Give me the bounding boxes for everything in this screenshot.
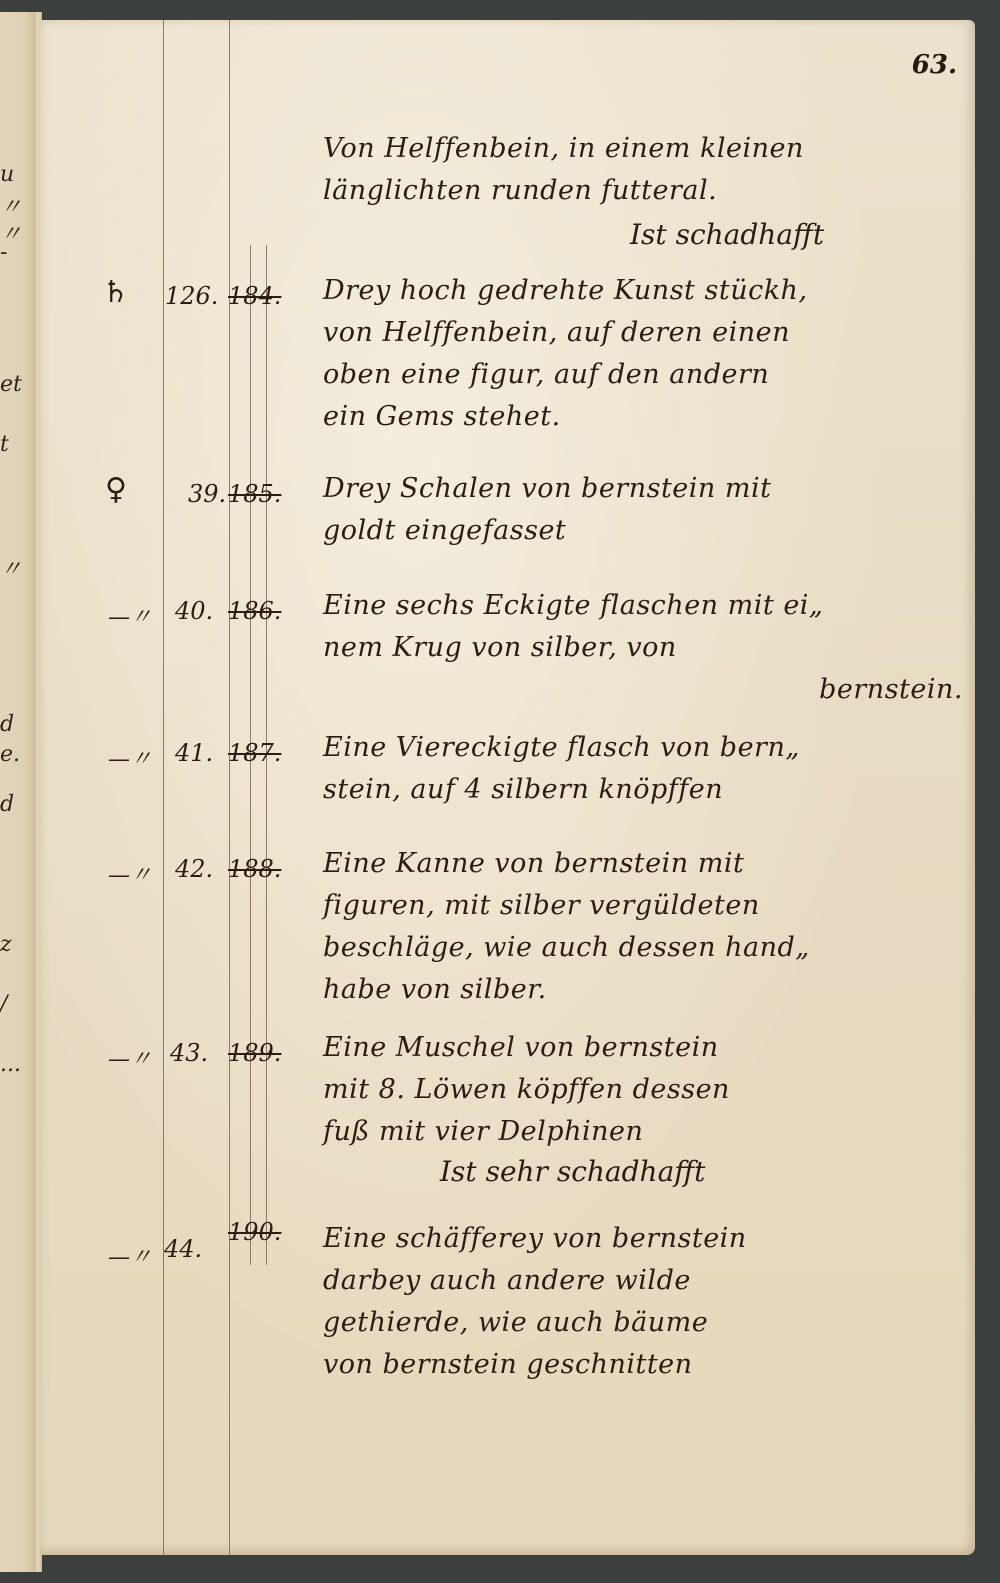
facing-page-fragment: u [0, 162, 36, 187]
entry-number: 41. [175, 739, 213, 767]
continuation-text: Von Helffenbein, in einem kleinen längli… [323, 128, 963, 212]
text-line: Drey Schalen von bernstein mit [323, 468, 963, 510]
text-line: Eine Viereckigte flasch von bern„ [323, 727, 963, 769]
entry-description: Drey hoch gedrehte Kunst stückh, von Hel… [323, 270, 963, 438]
old-entry-number: 185. [228, 480, 281, 508]
text-line: bernstein. [323, 669, 963, 711]
old-entry-number: 184. [228, 282, 281, 310]
old-entry-number: 188. [228, 855, 281, 883]
facing-page-fragment: - [0, 240, 36, 265]
entry-description: Drey Schalen von bernstein mit goldt ein… [323, 468, 963, 552]
text-line: Eine schäfferey von bernstein [323, 1218, 963, 1260]
text-line: von Helffenbein, auf deren einen [323, 312, 963, 354]
manuscript-page: 63. Von Helffenbein, in einem kleinen lä… [40, 20, 975, 1555]
facing-page-fragment: z [0, 932, 36, 957]
text-line: Eine Muschel von bernstein [323, 1027, 963, 1069]
text-line: ein Gems stehet. [323, 396, 963, 438]
entry-number: 42. [175, 855, 213, 883]
text-line: stein, auf 4 silbern knöpffen [323, 769, 963, 811]
text-line: länglichten runden futteral. [323, 170, 963, 212]
text-line: fuß mit vier Delphinen [323, 1111, 963, 1153]
old-entry-number: 187. [228, 739, 281, 767]
entry-description: Eine Kanne von bernstein mit figuren, mi… [323, 843, 963, 1011]
text-line: figuren, mit silber vergüldeten [323, 885, 963, 927]
condition-note: Ist schadhafft [630, 218, 824, 251]
text-line: habe von silber. [323, 969, 963, 1011]
margin-rule [163, 20, 164, 1555]
entry-number: 44. [164, 1235, 202, 1263]
entry-number: 39. [188, 480, 226, 508]
text-line: beschläge, wie auch dessen hand„ [323, 927, 963, 969]
entry-number: 40. [175, 597, 213, 625]
text-line: mit 8. Löwen köpffen dessen [323, 1069, 963, 1111]
page-number: 63. [912, 50, 957, 80]
facing-page-fragment: / [0, 992, 36, 1017]
text-line: goldt eingefasset [323, 510, 963, 552]
ditto-mark: —〃 [108, 600, 152, 631]
facing-page-fragment: t [0, 432, 36, 457]
text-line: darbey auch andere wilde [323, 1260, 963, 1302]
entry-number: 43. [170, 1039, 208, 1067]
old-entry-number: 186. [228, 597, 281, 625]
entry-description: Eine Muschel von bernstein mit 8. Löwen … [323, 1027, 963, 1153]
condition-note: Ist sehr schadhafft [440, 1155, 705, 1188]
entry-number: 126. [165, 282, 218, 310]
venus-box-symbol-icon: ♀ [105, 472, 127, 507]
facing-page-fragment: 〃 [0, 552, 36, 583]
ditto-mark: —〃 [108, 742, 152, 773]
old-entry-number: 190. [228, 1218, 281, 1246]
facing-page-fragment: ... [0, 1052, 36, 1077]
text-line: Drey hoch gedrehte Kunst stückh, [323, 270, 963, 312]
old-entry-number: 189. [228, 1039, 281, 1067]
text-line: nem Krug von silber, von [323, 627, 963, 669]
text-line: Eine sechs Eckigte flaschen mit ei„ [323, 585, 963, 627]
entry-description: Eine schäfferey von bernstein darbey auc… [323, 1218, 963, 1386]
text-line: Eine Kanne von bernstein mit [323, 843, 963, 885]
text-line: oben eine figur, auf den andern [323, 354, 963, 396]
entry-description: Eine sechs Eckigte flaschen mit ei„ nem … [323, 585, 963, 711]
facing-page-fragment: e. [0, 742, 36, 767]
ditto-mark: —〃 [108, 1042, 152, 1073]
saturn-symbol-icon: ♄ [102, 275, 129, 310]
ditto-mark: —〃 [108, 858, 152, 889]
text-line: von bernstein geschnitten [323, 1344, 963, 1386]
facing-page-edge: u 〃 〃 - et t 〃 d e. d z / ... [0, 12, 36, 1572]
margin-rule [229, 20, 230, 1555]
facing-page-fragment: d [0, 712, 36, 737]
facing-page-fragment: d [0, 792, 36, 817]
entry-description: Eine Viereckigte flasch von bern„ stein,… [323, 727, 963, 811]
text-line: Von Helffenbein, in einem kleinen [323, 128, 963, 170]
facing-page-fragment: et [0, 372, 36, 397]
text-line: gethierde, wie auch bäume [323, 1302, 963, 1344]
ditto-mark: —〃 [108, 1240, 152, 1271]
